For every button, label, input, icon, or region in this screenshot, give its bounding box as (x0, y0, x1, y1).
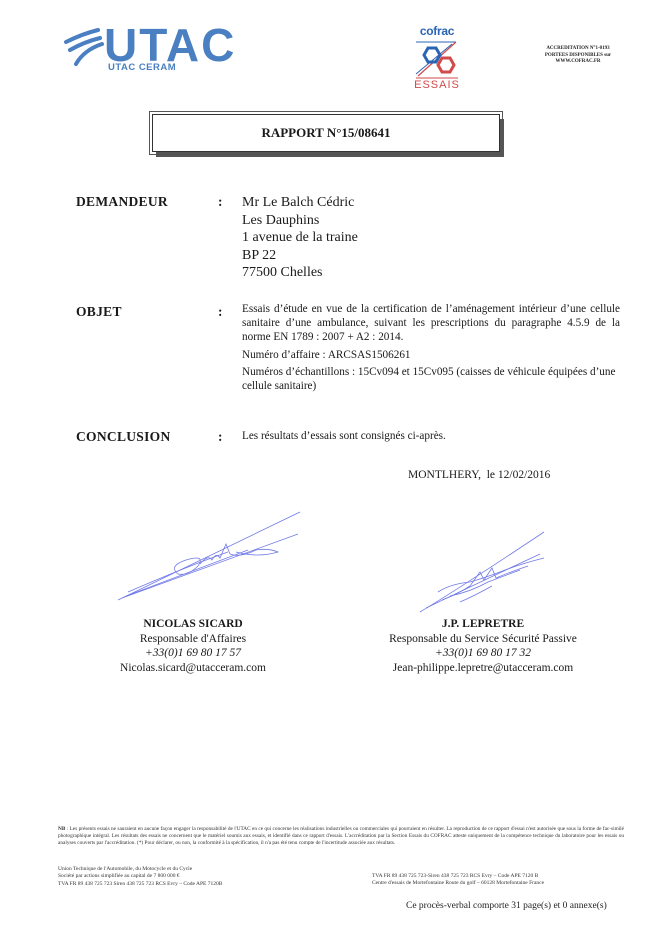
signer-email: Nicolas.sicard@utacceram.com (84, 661, 302, 676)
place-date: MONTLHERY, le 12/02/2016 (408, 469, 550, 481)
demandeur-name: Mr Le Balch Cédric (242, 194, 358, 212)
signer-block: J.P. LEPRETRE Responsable du Service Séc… (358, 617, 608, 675)
demandeur-address-line: 77500 Chelles (242, 264, 358, 282)
demandeur-label: DEMANDEUR (76, 194, 168, 210)
company-capital: Société par actions simplifiée au capita… (58, 873, 222, 880)
signer-block: NICOLAS SICARD Responsable d'Affaires +3… (84, 617, 302, 675)
cofrac-essais-text: ESSAIS (412, 79, 462, 91)
objet-sample-numbers: Numéros d’échantillons : 15Cv094 et 15Cv… (242, 365, 620, 393)
accreditation-info: ACCREDITATION N°1-0193 PORTEES DISPONIBL… (528, 46, 628, 66)
company-info-left: Union Technique de l'Automobile, du Moto… (58, 866, 222, 888)
company-tax-id: TVA FR 89 438 725 723 Siren 438 725 723 … (58, 881, 222, 888)
conclusion-colon: : (218, 429, 223, 445)
demandeur-address: Mr Le Balch Cédric Les Dauphins 1 avenue… (242, 194, 358, 282)
objet-description: Essais d’étude en vue de la certificatio… (242, 302, 620, 344)
cofrac-hexagon-icon (412, 40, 462, 80)
company-info-right: TVA FR 89 438 725 723-Siren 438 725 723 … (372, 873, 544, 888)
signer-phone: +33(0)1 69 80 17 57 (84, 646, 302, 661)
legal-notice-text: : Les présents essais ne sauraient en au… (58, 826, 624, 846)
accreditation-website: WWW.COFRAC.FR (528, 59, 628, 66)
objet-label: OBJET (76, 304, 122, 320)
demandeur-address-line: Les Dauphins (242, 212, 358, 230)
signer-email: Jean-philippe.lepretre@utacceram.com (358, 661, 608, 676)
signature-1-icon (108, 504, 308, 604)
report-title: RAPPORT N°15/08641 (153, 115, 499, 151)
conclusion-text: Les résultats d’essais sont consignés ci… (242, 430, 446, 442)
utac-logo: UTAC UTAC CERAM (62, 24, 242, 76)
signer-name: J.P. LEPRETRE (358, 617, 608, 632)
utac-swoosh-icon (62, 28, 106, 68)
signer-name: NICOLAS SICARD (84, 617, 302, 632)
signer-role: Responsable d'Affaires (84, 632, 302, 647)
signer-phone: +33(0)1 69 80 17 32 (358, 646, 608, 661)
test-center-address: Centre d'essais de Mortefontaine Route d… (372, 880, 544, 887)
page-count: Ce procès-verbal comporte 31 page(s) et … (406, 901, 607, 911)
cofrac-logo: cofrac ESSAIS (412, 24, 462, 94)
objet-affaire-number: Numéro d’affaire : ARCSAS1506261 (242, 348, 620, 362)
objet-content: Essais d’étude en vue de la certificatio… (242, 302, 620, 397)
demandeur-address-line: BP 22 (242, 247, 358, 265)
conclusion-label: CONCLUSION (76, 429, 171, 445)
report-title-box: RAPPORT N°15/08641 (152, 114, 500, 152)
legal-notice: NB : Les présents essais ne sauraient en… (58, 826, 624, 848)
signature-2-icon (410, 526, 550, 618)
demandeur-address-line: 1 avenue de la traine (242, 229, 358, 247)
utac-logo-subtitle: UTAC CERAM (108, 62, 176, 73)
objet-colon: : (218, 304, 223, 320)
demandeur-colon: : (218, 194, 223, 210)
cofrac-logo-text: cofrac (412, 24, 462, 38)
signer-role: Responsable du Service Sécurité Passive (358, 632, 608, 647)
